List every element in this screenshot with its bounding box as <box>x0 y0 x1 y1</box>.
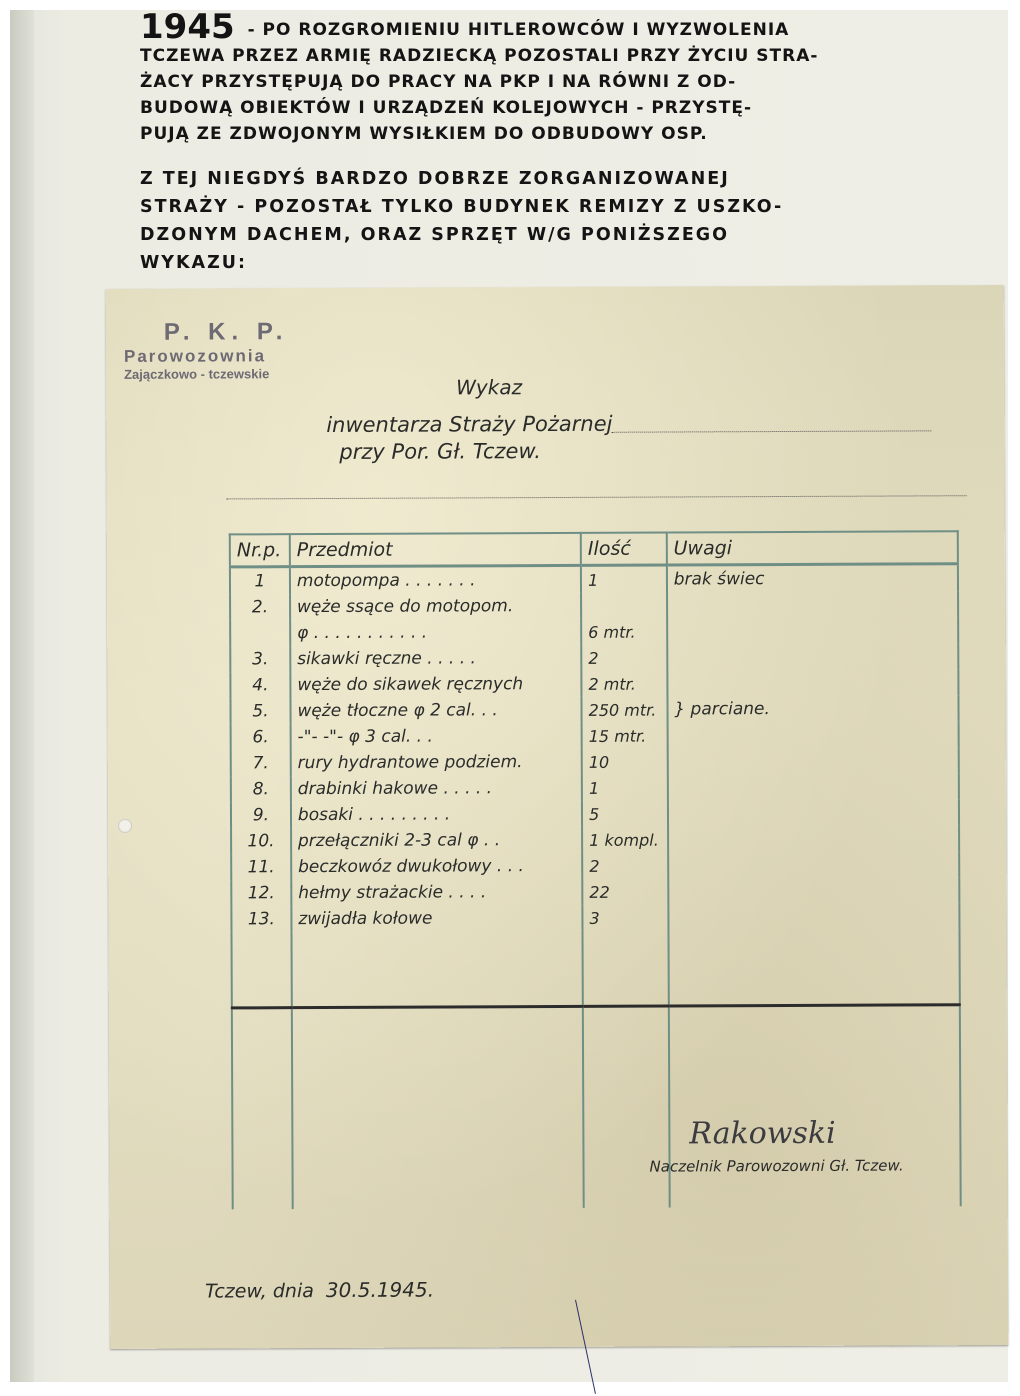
header-line-5: pują ze zdwojonym wysiłkiem do odbudowy … <box>140 121 1000 147</box>
place-date: Tczew, dnia 30.5.1945. <box>205 1278 434 1303</box>
signature: Rakowski <box>689 1115 903 1151</box>
col-header-remarks: Uwagi <box>667 531 958 565</box>
dotted-rule <box>611 430 931 432</box>
document-subtitle-2: przy Por. Gł. Tczew. <box>339 439 541 464</box>
header-year: 1945 <box>140 7 235 47</box>
table-row: 1motopompa . . . . . . .1brak świec <box>230 564 958 595</box>
place-date-label: Tczew, dnia <box>205 1280 314 1302</box>
typed-header-note: 1945 - Po rozgromieniu hitlerowców i wyz… <box>140 14 1000 277</box>
header-p2-line-2: straży - pozostał tylko budynek remizy z… <box>140 193 1000 221</box>
col-header-item: Przedmiot <box>290 533 581 567</box>
header-line-3: żacy przystępują do pracy na PKP i na ró… <box>140 69 1000 95</box>
header-p2-line-3: dzonym dachem, oraz sprzęt w/g poniższeg… <box>140 221 1000 249</box>
inventory-sheet: P. K. P. Parowozownia Zajączkowo - tczew… <box>106 285 1009 1349</box>
col-header-qty: Ilość <box>581 533 667 566</box>
table-row: 2.węże ssące do motopom. <box>230 591 958 620</box>
header-p2-line-1: Z tej niegdyś bardzo dobrze zorganizowan… <box>140 165 1000 193</box>
signature-block: Rakowski Naczelnik Parowozowni Gł. Tczew… <box>649 1115 903 1175</box>
table-row: 10.przełączniki 2-3 cal φ . .1 kompl. <box>231 825 959 854</box>
col-header-nr: Nr.p. <box>230 534 290 567</box>
table-header-row: Nr.p. Przedmiot Ilość Uwagi <box>230 531 958 567</box>
table-empty-space <box>232 929 960 1008</box>
table-row: 4.węże do sikawek ręcznych2 mtr. <box>230 669 958 698</box>
document-title: Wykaz <box>456 375 522 399</box>
header-line-1: 1945 - Po rozgromieniu hitlerowców i wyz… <box>140 14 1000 43</box>
pkp-stamp: P. K. P. Parowozownia Zajączkowo - tczew… <box>124 318 289 382</box>
header-line-2: Tczewa przez Armię Radziecką pozostali p… <box>140 43 1000 69</box>
header-paragraph-2: Z tej niegdyś bardzo dobrze zorganizowan… <box>140 165 1000 277</box>
table-row: 3.sikawki ręczne . . . . .2 <box>230 643 958 672</box>
table-row: 9.bosaki . . . . . . . . .5 <box>231 799 959 828</box>
table-row: 13.zwijadła kołowe3 <box>231 903 959 932</box>
table-row: 7.rury hydrantowe podziem.10 <box>231 747 959 776</box>
table-lower-section <box>232 1005 961 1210</box>
document-subtitle-1: inwentarza Straży Pożarnej <box>326 412 612 437</box>
album-binding <box>10 10 34 1382</box>
table-row: 12.hełmy strażackie . . . .22 <box>231 877 959 906</box>
punch-hole <box>118 819 132 833</box>
table-row: φ . . . . . . . . . . .6 mtr. <box>230 617 958 646</box>
table-row: 11.beczkowóz dwukołowy . . .2 <box>231 851 959 880</box>
header-p2-line-4: wykazu: <box>140 249 1000 277</box>
inventory-table: Nr.p. Przedmiot Ilość Uwagi 1motopompa .… <box>229 530 962 1209</box>
table-row: 6.-"- -"- φ 3 cal. . .15 mtr. <box>231 721 959 750</box>
table-row: 8.drabinki hakowe . . . . .1 <box>231 773 959 802</box>
dotted-rule <box>227 495 967 499</box>
table-row: 5.węże tłoczne φ 2 cal. . .250 mtr.} par… <box>230 695 958 724</box>
header-line-4: budową obiektów i urządzeń kolejowych - … <box>140 95 1000 121</box>
signer-title: Naczelnik Parowozowni Gł. Tczew. <box>649 1156 903 1175</box>
document-date: 30.5.1945. <box>326 1278 434 1302</box>
